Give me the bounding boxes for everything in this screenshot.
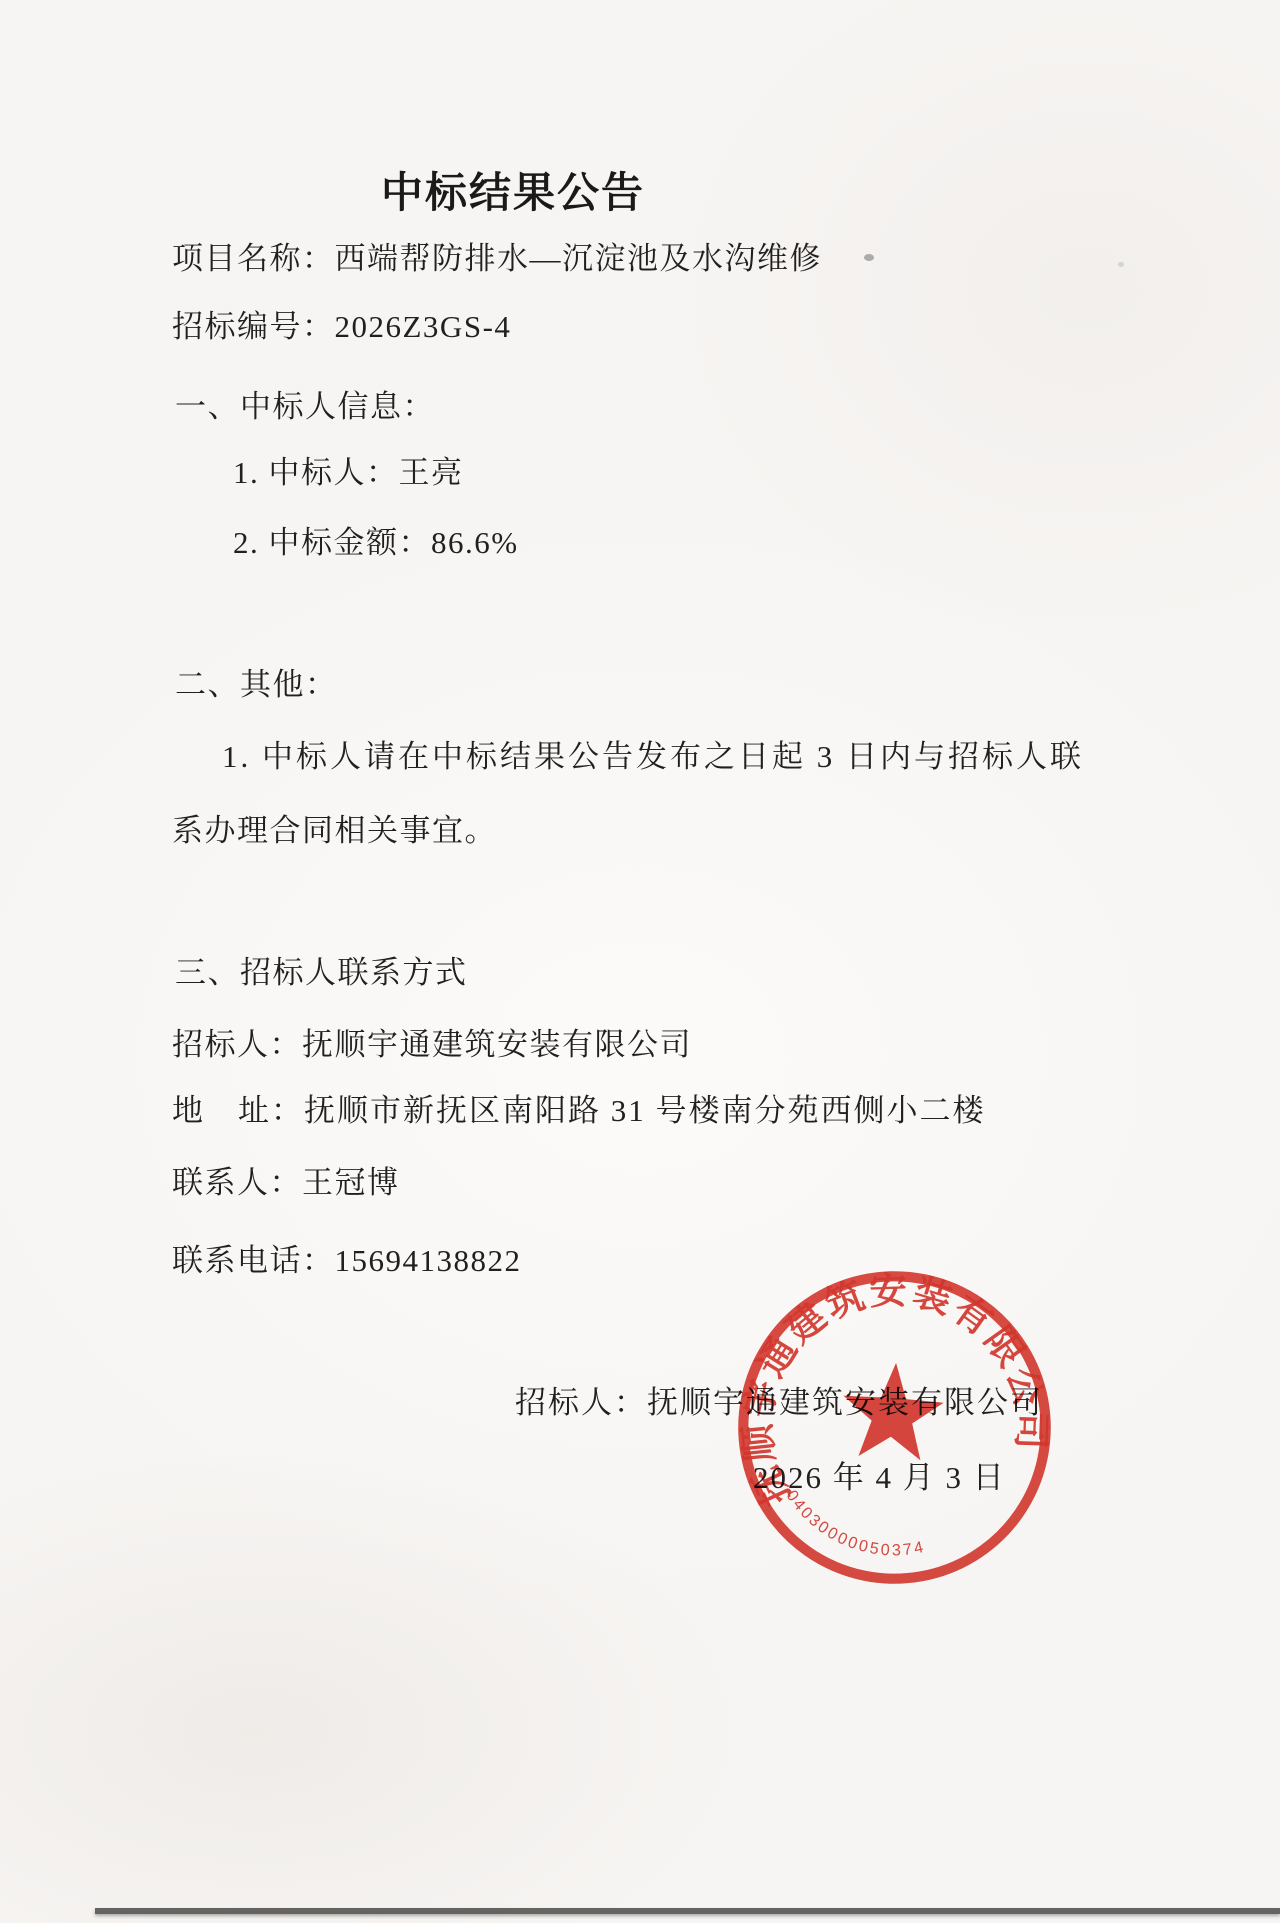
contact-person-line: 联系人：王冠博 bbox=[172, 1164, 400, 1201]
page-title: 中标结果公告 bbox=[381, 160, 645, 220]
stamp-company-arc-text: 抚顺宇通建筑安装有限公司 bbox=[710, 1243, 1061, 1514]
notice-text-line-1: 1. 中标人请在中标结果公告发布之日起 3 日内与招标人联 bbox=[222, 738, 1084, 775]
tender-number-line: 招标编号：2026Z3GS-4 bbox=[172, 308, 511, 345]
scan-speck bbox=[864, 254, 874, 261]
notice-text-line-2: 系办理合同相关事宜。 bbox=[172, 812, 497, 849]
project-name-line: 项目名称：西端帮防排水—沉淀池及水沟维修 bbox=[172, 240, 822, 277]
address-line: 地 址：抚顺市新抚区南阳路 31 号楼南分苑西侧小二楼 bbox=[172, 1092, 986, 1129]
scan-bottom-edge bbox=[95, 1908, 1280, 1914]
scan-speck bbox=[1118, 262, 1124, 267]
company-seal-stamp: 抚顺宇通建筑安装有限公司 04030000050374 bbox=[695, 1228, 1095, 1628]
contact-phone-line: 联系电话：15694138822 bbox=[172, 1242, 522, 1279]
stamp-company-arc: 抚顺宇通建筑安装有限公司 bbox=[710, 1243, 1061, 1514]
section-two-heading: 二、其他： bbox=[175, 666, 338, 703]
winner-name-line: 1. 中标人：王亮 bbox=[233, 454, 464, 491]
stamp-serial-text: 04030000050374 bbox=[781, 1467, 927, 1579]
tenderer-line: 招标人：抚顺宇通建筑安装有限公司 bbox=[172, 1026, 692, 1063]
section-three-heading: 三、招标人联系方式 bbox=[175, 954, 468, 991]
star-icon bbox=[839, 1359, 946, 1461]
scanned-document-page: { "document": { "title": "中标结果公告", "proj… bbox=[0, 0, 1280, 1923]
section-one-heading: 一、中标人信息： bbox=[175, 388, 435, 425]
stamp-serial: 04030000050374 bbox=[781, 1467, 927, 1579]
winner-amount-line: 2. 中标金额：86.6% bbox=[233, 524, 519, 561]
